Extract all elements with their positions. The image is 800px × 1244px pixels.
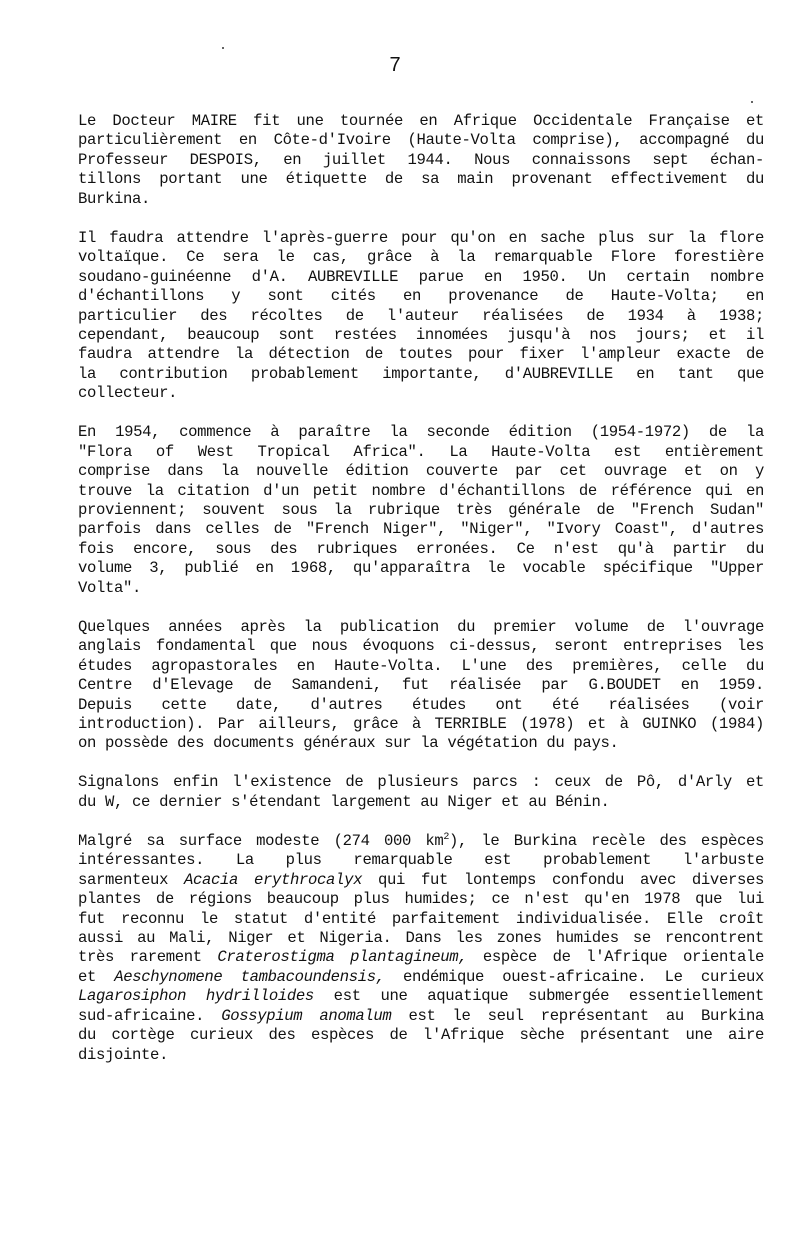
text-line: on possède des documents généraux sur la… bbox=[78, 734, 764, 753]
text-line: particulier des récoltes de l'auteur réa… bbox=[78, 307, 764, 326]
text-line: sud-africaine. Gossypium anomalum est le… bbox=[78, 1007, 764, 1026]
text-line: trouve la citation d'un petit nombre d'é… bbox=[78, 482, 764, 501]
text-line: Quelques années après la publication du … bbox=[78, 618, 764, 637]
text-line: la contribution probablement importante,… bbox=[78, 365, 764, 384]
text-line: plantes de régions beaucoup plus humides… bbox=[78, 890, 764, 909]
scan-speck bbox=[222, 47, 224, 49]
text-line: intéressantes. La plus remarquable est p… bbox=[78, 851, 764, 870]
text-line: Professeur DESPOIS, en juillet 1944. Nou… bbox=[78, 151, 764, 170]
text-line: parfois dans celles de "French Niger", "… bbox=[78, 520, 764, 539]
text-line: Il faudra attendre l'après-guerre pour q… bbox=[78, 229, 764, 248]
text-line: fois encore, sous des rubriques erronées… bbox=[78, 540, 764, 559]
paragraph: Il faudra attendre l'après-guerre pour q… bbox=[78, 229, 764, 404]
species-name: Acacia erythrocalyx bbox=[184, 871, 362, 889]
text-line: sarmenteux Acacia erythrocalyx qui fut l… bbox=[78, 871, 764, 890]
paragraph: Malgré sa surface modeste (274 000 km2),… bbox=[78, 832, 764, 1065]
text-line: et Aeschynomene tambacoundensis, endémiq… bbox=[78, 968, 764, 987]
text-line: volume 3, publié en 1968, qu'apparaîtra … bbox=[78, 559, 764, 578]
body-text: Le Docteur MAIRE fit une tournée en Afri… bbox=[78, 112, 764, 1085]
species-name: Craterostigma plantagineum, bbox=[217, 948, 467, 966]
text-line: introduction). Par ailleurs, grâce à TER… bbox=[78, 715, 764, 734]
text-line: du W, ce dernier s'étendant largement au… bbox=[78, 793, 764, 812]
text-line: fut reconnu le statut d'entité parfaitem… bbox=[78, 910, 764, 929]
text-line: "Flora of West Tropical Africa". La Haut… bbox=[78, 443, 764, 462]
text-line: soudano-guinéenne d'A. AUBREVILLE parue … bbox=[78, 268, 764, 287]
species-name: Lagarosiphon hydrilloides bbox=[78, 987, 314, 1005]
text-line: collecteur. bbox=[78, 384, 764, 403]
document-page: 7 Le Docteur MAIRE fit une tournée en Af… bbox=[0, 0, 800, 1244]
text-line: Signalons enfin l'existence de plusieurs… bbox=[78, 773, 764, 792]
text-line: tillons portant une étiquette de sa main… bbox=[78, 170, 764, 189]
paragraph: Le Docteur MAIRE fit une tournée en Afri… bbox=[78, 112, 764, 209]
page-number: 7 bbox=[0, 54, 790, 77]
text-line: d'échantillons y sont cités en provenanc… bbox=[78, 287, 764, 306]
text-line: particulièrement en Côte-d'Ivoire (Haute… bbox=[78, 131, 764, 150]
text-line: du cortège curieux des espèces de l'Afri… bbox=[78, 1026, 764, 1045]
paragraph: Quelques années après la publication du … bbox=[78, 618, 764, 754]
text-line: comprise dans la nouvelle édition couver… bbox=[78, 462, 764, 481]
text-line: Le Docteur MAIRE fit une tournée en Afri… bbox=[78, 112, 764, 131]
text-line: anglais fondamental que nous évoquons ci… bbox=[78, 637, 764, 656]
paragraph: Signalons enfin l'existence de plusieurs… bbox=[78, 773, 764, 812]
paragraph: En 1954, commence à paraître la seconde … bbox=[78, 423, 764, 598]
text-line: aussi au Mali, Niger et Nigeria. Dans le… bbox=[78, 929, 764, 948]
text-line: voltaïque. Ce sera le cas, grâce à la re… bbox=[78, 248, 764, 267]
text-line: proviennent; souvent sous la rubrique tr… bbox=[78, 501, 764, 520]
text-line: Burkina. bbox=[78, 190, 764, 209]
text-line: Centre d'Elevage de Samandeni, fut réali… bbox=[78, 676, 764, 695]
text-line: Depuis cette date, d'autres études ont é… bbox=[78, 696, 764, 715]
text-line: très rarement Craterostigma plantagineum… bbox=[78, 948, 764, 967]
text-line: disjointe. bbox=[78, 1046, 764, 1065]
text-line: études agropastorales en Haute-Volta. L'… bbox=[78, 657, 764, 676]
text-line: faudra attendre la détection de toutes p… bbox=[78, 345, 764, 364]
text-line: Malgré sa surface modeste (274 000 km2),… bbox=[78, 832, 764, 851]
species-name: Aeschynomene tambacoundensis, bbox=[114, 968, 384, 986]
species-name: Gossypium anomalum bbox=[221, 1007, 391, 1025]
text-line: En 1954, commence à paraître la seconde … bbox=[78, 423, 764, 442]
text-line: Volta". bbox=[78, 579, 764, 598]
text-line: Lagarosiphon hydrilloides est une aquati… bbox=[78, 987, 764, 1006]
text-line: cependant, beaucoup sont restées innomée… bbox=[78, 326, 764, 345]
scan-speck bbox=[751, 101, 753, 103]
